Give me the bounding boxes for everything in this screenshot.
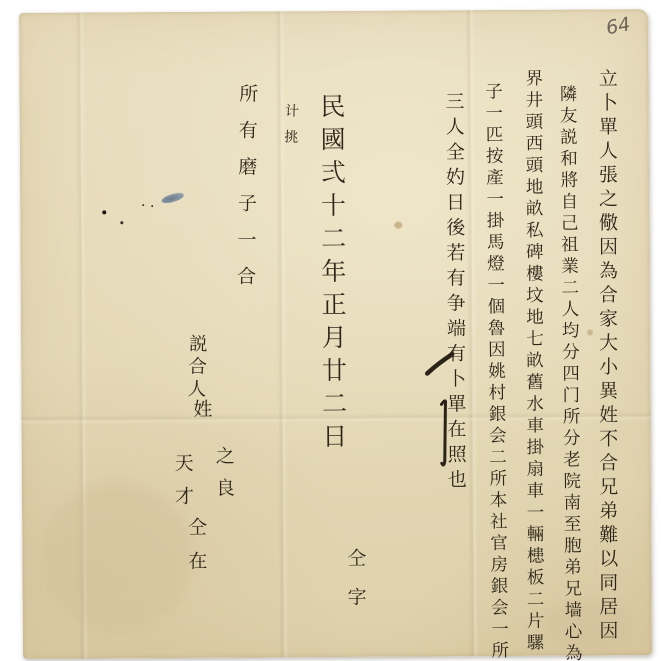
paper-stain	[543, 599, 633, 650]
fold-line-vertical	[465, 10, 479, 656]
ink-spot	[142, 204, 144, 206]
date-line: 民國弍十二年正月廿二日	[318, 93, 346, 456]
mediator-presence: 仝在	[185, 517, 205, 585]
archive-number: 64	[604, 13, 632, 39]
ink-spot	[151, 205, 153, 207]
flourish-stroke-long	[441, 401, 446, 465]
ink-spot	[102, 210, 106, 214]
flourish-stroke-short	[427, 354, 452, 373]
body-column-2: 隣友説和將自己祖業二人均分四门所分老院南至胞弟兄墙心為	[557, 84, 581, 661]
mill-note: 所有磨子一合	[234, 83, 256, 302]
photo-background: 64 立卜單人張之儆因為合家大小異姓不合兄弟難以同居因 隣友説和將自己祖業二人均…	[0, 0, 661, 661]
body-column-4: 子一匹按產一掛馬燈一個魯因姚村銀会二所本社官房銀会一所	[483, 82, 508, 661]
mediator-surname: 姓	[190, 399, 210, 418]
body-column-3: 界井頭西頭地畝私碑樓坟地七畝舊水車掛扇車一輛槵板二片騾	[523, 69, 543, 655]
brush-flourish-mark	[391, 335, 462, 480]
paper-stain	[42, 482, 193, 633]
tally-note: 计挑	[282, 103, 298, 155]
mediator-heading: 説合人	[185, 334, 206, 402]
paper-stain	[394, 222, 402, 229]
document-paper: 64 立卜單人張之儆因為合家大小異姓不合兄弟難以同居因 隣友説和將自己祖業二人均…	[19, 9, 652, 659]
body-column-1: 立卜單人張之儆因為合家大小異姓不合兄弟難以同居因	[596, 68, 616, 644]
ink-spot	[120, 221, 123, 224]
mediator-name-right: 之良	[213, 446, 233, 510]
paper-stain	[587, 329, 593, 335]
copy-note: 仝字	[344, 548, 364, 626]
mediator-name-left: 天才	[172, 453, 192, 519]
blue-ink-smudge	[161, 191, 185, 204]
